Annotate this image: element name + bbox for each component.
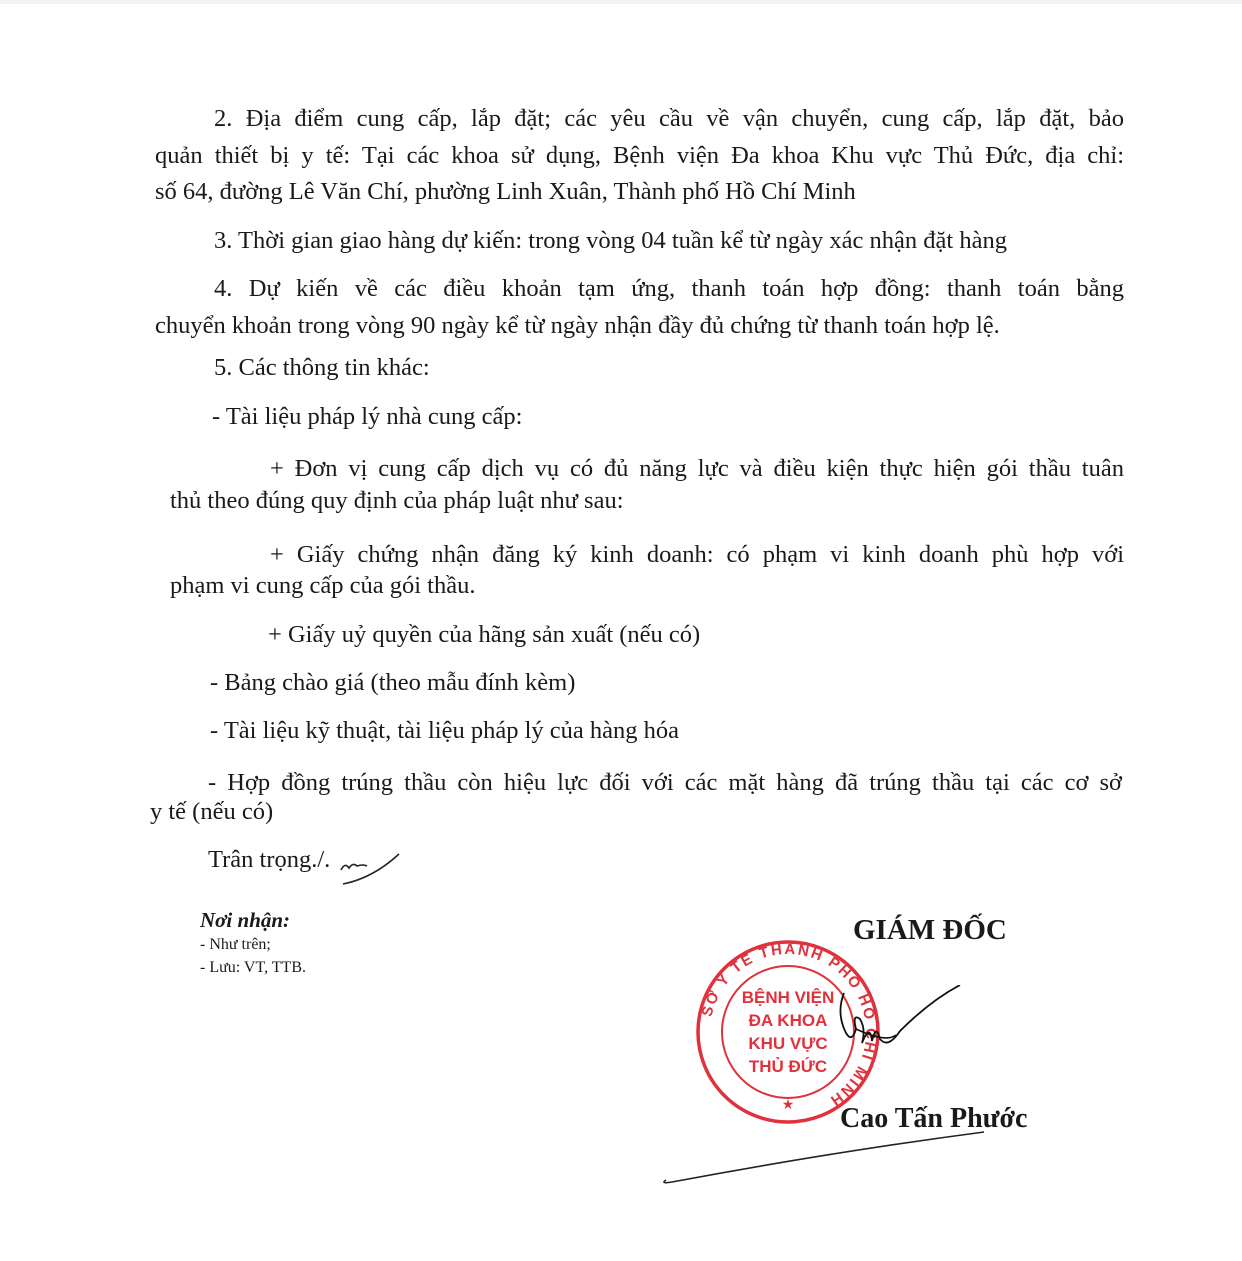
page-top-edge: [0, 0, 1242, 4]
svg-text:★: ★: [782, 1098, 795, 1113]
item2-line1: 2. Địa điểm cung cấp, lắp đặt; các yêu c…: [214, 104, 1124, 134]
item2-line2: quản thiết bị y tế: Tại các khoa sử dụng…: [155, 141, 1124, 171]
item3-text: 3. Thời gian giao hàng dự kiến: trong vò…: [214, 226, 1007, 256]
signature-underline-icon: [660, 1128, 990, 1188]
recipient-item: - Lưu: VT, TTB.: [200, 958, 306, 978]
item4-line1: 4. Dự kiến về các điều khoản tạm ứng, th…: [214, 274, 1124, 304]
svg-text:THỦ ĐỨC: THỦ ĐỨC: [749, 1057, 827, 1076]
svg-text:ĐA KHOA: ĐA KHOA: [749, 1011, 828, 1030]
signature-icon: [830, 985, 970, 1065]
initials-icon: [335, 850, 405, 890]
closing-text: Trân trọng./.: [208, 845, 330, 875]
item2-line3: số 64, đường Lê Văn Chí, phường Linh Xuâ…: [155, 177, 856, 207]
item4-line2: chuyển khoản trong vòng 90 ngày kể từ ng…: [155, 311, 1000, 341]
sub1-line1: + Đơn vị cung cấp dịch vụ có đủ năng lực…: [270, 454, 1124, 484]
sub3-text: + Giấy uỷ quyền của hãng sản xuất (nếu c…: [268, 620, 700, 650]
item5-heading: 5. Các thông tin khác:: [214, 353, 430, 383]
svg-text:BỆNH VIỆN: BỆNH VIỆN: [742, 988, 835, 1007]
quote-item: - Bảng chào giá (theo mẫu đính kèm): [210, 668, 575, 698]
sub1-line2: thủ theo đúng quy định của pháp luật như…: [170, 486, 624, 516]
sub2-line1: + Giấy chứng nhận đăng ký kinh doanh: có…: [270, 540, 1124, 570]
contracts-line1: - Hợp đồng trúng thầu còn hiệu lực đối v…: [208, 768, 1122, 798]
legal-docs-heading: - Tài liệu pháp lý nhà cung cấp:: [212, 402, 522, 432]
recipients-title: Nơi nhận:: [200, 908, 290, 933]
recipient-item: - Như trên;: [200, 935, 271, 955]
sub2-line2: phạm vi cung cấp của gói thầu.: [170, 571, 475, 601]
svg-text:KHU VỰC: KHU VỰC: [748, 1034, 827, 1053]
contracts-line2: y tế (nếu có): [150, 797, 273, 827]
tech-docs-item: - Tài liệu kỹ thuật, tài liệu pháp lý củ…: [210, 716, 679, 746]
